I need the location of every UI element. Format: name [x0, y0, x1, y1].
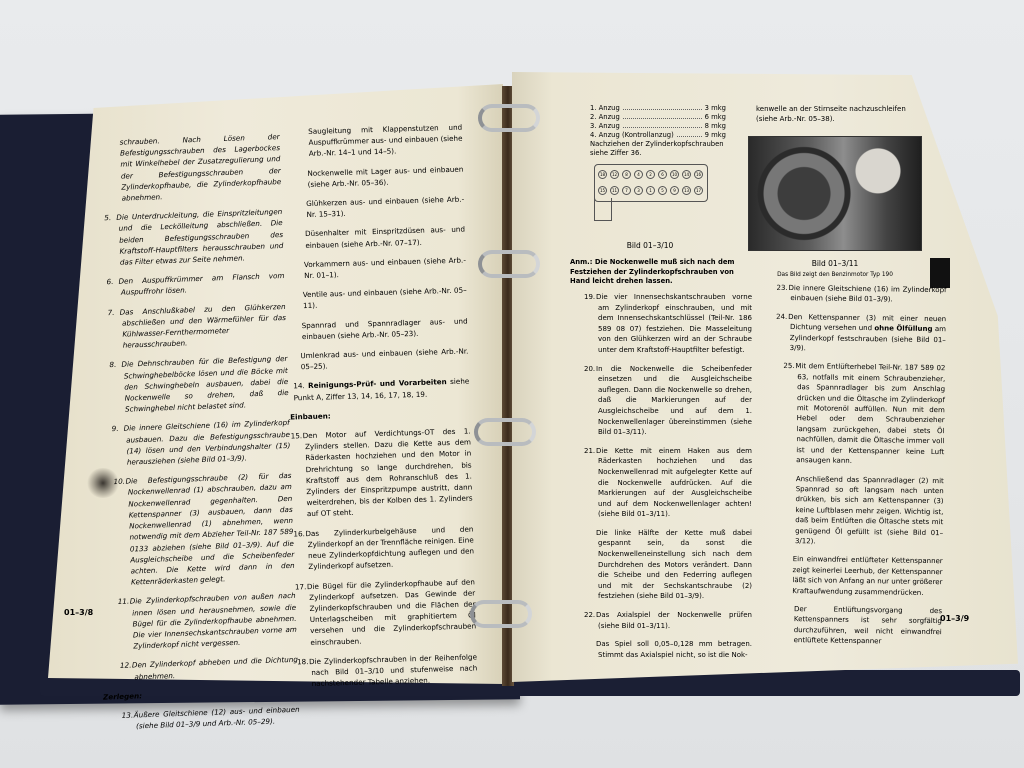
- right-page-column-2-top: kenwelle an der Stirnseite nachzuschleif…: [756, 104, 926, 124]
- list-item: Der Entlüftungsvorgang des Kettenspanner…: [780, 604, 943, 648]
- list-item: 17.Die Bügel für die Zylinderkopfhaube a…: [295, 576, 477, 648]
- item-number: 13.: [122, 709, 134, 721]
- item-text: Äußere Gleitschiene (12) aus- und einbau…: [134, 705, 300, 731]
- item-text: Die Befestigungsschraube (2) für das Noc…: [125, 471, 294, 586]
- binder-ring: [478, 104, 540, 132]
- item-number: 16.: [293, 528, 305, 540]
- torque-value: 9 mkg: [705, 131, 726, 140]
- torque-row: 4. Anzug (Kontrollanzug)9 mkg: [590, 131, 726, 140]
- item-text: In die Nockenwelle die Scheibenfeder ein…: [596, 365, 752, 437]
- bolt-position: 8: [622, 170, 631, 179]
- list-item: 9.Die innere Gleitschiene (16) im Zylind…: [112, 417, 291, 468]
- note: Anm.: Die Nockenwelle muß sich nach dem …: [570, 258, 750, 287]
- right-page-number: 01–3/9: [940, 614, 969, 623]
- left-page-column-1: schrauben. Nach Lösen der Befestigungssc…: [102, 131, 301, 740]
- item-number: 19.: [584, 292, 596, 303]
- right-page-column-1: 19.Die vier Innensechskantschrauben vorn…: [584, 292, 752, 668]
- bolt-position: 5: [658, 186, 667, 195]
- torque-value: 3 mkg: [705, 104, 726, 113]
- list-item: 6.Den Auspuffkrümmer am Flansch vom Ausp…: [106, 270, 285, 299]
- item-text: Den Auspuffkrümmer am Flansch vom Auspuf…: [118, 271, 284, 297]
- bolt-position: 12: [610, 170, 619, 179]
- item-number: 21.: [584, 446, 596, 457]
- torque-value: 6 mkg: [705, 113, 726, 122]
- bolt-position: 17: [694, 186, 703, 195]
- binder-ring: [478, 250, 540, 278]
- item-text: Die Unterdruckleitung, die Einspritzleit…: [116, 207, 283, 267]
- bolt-sequence-diagram-tail: [594, 198, 612, 221]
- torque-row: 3. Anzug8 mkg: [590, 122, 726, 131]
- list-item: Düsenhalter mit Einspritzdüsen aus- und …: [285, 224, 466, 251]
- list-item: 21.Die Kette mit einem Haken aus dem Räd…: [584, 446, 752, 520]
- list-item: 19.Die vier Innensechskantschrauben vorn…: [584, 292, 752, 356]
- item-number: 20.: [584, 364, 596, 375]
- item-text: Anschließend das Spannradlager (2) mit S…: [795, 475, 944, 546]
- item-text: Vorkammern aus- und einbauen (siehe Arb.…: [304, 255, 466, 280]
- list-item: Nockenwelle mit Lager aus- und einbauen …: [283, 163, 464, 190]
- torque-note: Nachziehen der Zylinderkopfschrauben sie…: [590, 140, 726, 158]
- list-item: 22.Das Axialspiel der Nockenwelle prüfen…: [584, 610, 752, 631]
- list-item: schrauben. Nach Lösen der Befestigungssc…: [102, 131, 282, 204]
- list-item: Ventile aus- und einbauen (siehe Arb.-Nr…: [287, 285, 468, 312]
- list-item: Die linke Hälfte der Kette muß dabei ges…: [584, 528, 752, 602]
- item-number: 15.: [291, 430, 303, 442]
- right-page-column-2: 23.Die innere Gleitschiene (16) im Zylin…: [771, 283, 946, 656]
- bolt-position: 4: [634, 170, 643, 179]
- note-label: Anm.:: [570, 258, 592, 266]
- list-item: Das Spiel soll 0,05–0,128 mm betragen. S…: [584, 639, 752, 660]
- item-text: Die Dehnschrauben für die Befestigung de…: [121, 354, 288, 414]
- list-item: 20.In die Nockenwelle die Scheibenfeder …: [584, 364, 752, 438]
- torque-step: 3. Anzug: [590, 122, 620, 131]
- list-item: 14. Reinigungs-Prüf- und Vorarbeiten sie…: [289, 376, 470, 403]
- list-item: 5.Die Unterdruckleitung, die Einspritzle…: [104, 206, 284, 268]
- engine-camshaft-photo: [748, 136, 922, 251]
- bolt-position: 13: [682, 186, 691, 195]
- item-text: Nockenwelle mit Lager aus- und einbauen …: [307, 164, 463, 189]
- item-text: Mit dem Entlüfterhebel Teil-Nr. 187 589 …: [795, 363, 945, 465]
- list-item: 12.Den Zylinderkopf abheben und die Dich…: [120, 654, 299, 683]
- item-text: Glühkerzen aus- und einbauen (siehe Arb.…: [306, 195, 464, 220]
- bolt-position: 7: [622, 186, 631, 195]
- bolt-position: 9: [670, 186, 679, 195]
- item-text: Spannrad und Spannradlager aus- und einb…: [301, 316, 467, 341]
- torque-value: 8 mkg: [705, 122, 726, 131]
- bolt-position: 2: [646, 170, 655, 179]
- item-number: 8.: [109, 359, 121, 371]
- item-text: Das Spiel soll 0,05–0,128 mm betragen. S…: [596, 640, 752, 659]
- item-text: Die Kette mit einem Haken aus dem Räderk…: [596, 447, 752, 519]
- list-item: 15.Den Motor auf Verdichtungs-OT des 1. …: [291, 426, 473, 521]
- bolt-position: 18: [598, 170, 607, 179]
- list-item: 7.Das Anschlußkabel zu den Glühkerzen ab…: [107, 301, 286, 352]
- item-text: Der Entlüftungsvorgang des Kettenspanner…: [794, 605, 943, 645]
- item-number: 17.: [295, 581, 307, 593]
- bolt-position: 16: [694, 170, 703, 179]
- item-text: Die linke Hälfte der Kette muß dabei ges…: [596, 529, 752, 601]
- figure-caption-01-3-10: Bild 01–3/10: [600, 240, 700, 251]
- item-bold-text: ohne Ölfüllung: [874, 324, 932, 333]
- item-text: Die innere Gleitschiene (16) im Zylinder…: [788, 284, 946, 304]
- item-number: 22.: [584, 610, 596, 621]
- list-item: 24.Den Kettenspanner (3) mit einer neuen…: [776, 312, 947, 356]
- bolt-position: 3: [634, 186, 643, 195]
- item-text: Saugleitung mit Klappenstutzen und Auspu…: [308, 123, 463, 159]
- list-item: 8.Die Dehnschrauben für die Befestigung …: [109, 353, 289, 415]
- item-number: 14.: [293, 382, 305, 391]
- bolt-position: 1: [646, 186, 655, 195]
- list-item: 18.Die Zylinderkopfschrauben in der Reih…: [297, 651, 478, 690]
- dirt-stain: [86, 468, 120, 498]
- item-number: 5.: [104, 212, 116, 224]
- list-item: Vorkammern aus- und einbauen (siehe Arb.…: [286, 254, 467, 281]
- bolt-position: 14: [682, 170, 691, 179]
- bolt-position: 6: [658, 170, 667, 179]
- list-item: Glühkerzen aus- und einbauen (siehe Arb.…: [284, 194, 465, 221]
- torque-step: 4. Anzug (Kontrollanzug): [590, 131, 674, 140]
- item-text: Die Bügel für die Zylinderkopfhaube auf …: [307, 577, 476, 647]
- item-text: Ein einwandfrei entlüfteter Kettenspanne…: [792, 555, 943, 596]
- item-number: 18.: [297, 656, 309, 668]
- figure-caption-01-3-11: Bild 01–3/11: [760, 258, 910, 269]
- item-number: 25.: [783, 361, 795, 372]
- item-text: Das Zylinderkurbelgehäuse und den Zylind…: [305, 524, 474, 571]
- list-item: Anschließend das Spannradlager (2) mit S…: [781, 473, 944, 548]
- bolt-position: 10: [670, 170, 679, 179]
- torque-row: 1. Anzug3 mkg: [590, 104, 726, 113]
- item-text: Die Zylinderkopfschrauben von außen nach…: [130, 591, 297, 651]
- item-text: Den Motor auf Verdichtungs-OT des 1. Zyl…: [303, 427, 473, 519]
- item-text: Umlenkrad aus- und einbauen (siehe Arb.-…: [300, 347, 468, 372]
- torque-step: 1. Anzug: [590, 104, 620, 113]
- item-text: Die vier Innensechskantschrauben vorne a…: [596, 293, 752, 354]
- list-item: Saugleitung mit Klappenstutzen und Auspu…: [282, 122, 463, 161]
- item-text: Die Zylinderkopfschrauben in der Reihenf…: [309, 652, 477, 688]
- list-item: 23.Die innere Gleitschiene (16) im Zylin…: [776, 283, 946, 306]
- left-page-column-2: Saugleitung mit Klappenstutzen und Auspu…: [282, 122, 478, 698]
- item-text: Das Anschlußkabel zu den Glühkerzen absc…: [119, 302, 286, 350]
- item-number: 23.: [776, 283, 788, 294]
- item-text: Das Axialspiel der Nockenwelle prüfen (s…: [596, 611, 752, 630]
- list-item: 11.Die Zylinderkopfschrauben von außen n…: [118, 590, 298, 652]
- figure-subcaption: Das Bild zeigt den Benzinmotor Typ 190: [760, 270, 910, 281]
- item-text: Ventile aus- und einbauen (siehe Arb.-Nr…: [303, 286, 467, 311]
- list-item: 13.Äußere Gleitschiene (12) aus- und ein…: [122, 704, 301, 733]
- list-item: 10.Die Befestigungsschraube (2) für das …: [113, 470, 295, 588]
- binder-ring: [470, 600, 532, 628]
- item-text: Düsenhalter mit Einspritzdüsen aus- und …: [305, 225, 465, 250]
- section-heading-einbauen: Einbauen:: [290, 406, 470, 422]
- item-number: 11.: [118, 596, 130, 608]
- bolt-position: 11: [610, 186, 619, 195]
- list-item: 16.Das Zylinderkurbelgehäuse und den Zyl…: [293, 523, 474, 573]
- torque-table: 1. Anzug3 mkg 2. Anzug6 mkg 3. Anzug8 mk…: [590, 104, 726, 158]
- list-item: 25.Mit dem Entlüfterhebel Teil-Nr. 187 5…: [782, 361, 945, 467]
- left-page-number: 01–3/8: [64, 608, 93, 617]
- section-heading-zerlegen: Zerlegen:: [103, 684, 299, 702]
- list-item: Ein einwandfrei entlüfteter Kettenspanne…: [778, 554, 943, 598]
- item-number: 6.: [106, 276, 118, 288]
- torque-row: 2. Anzug6 mkg: [590, 113, 726, 122]
- item-text: schrauben. Nach Lösen der Befestigungssc…: [120, 132, 282, 203]
- binder-ring: [474, 418, 536, 446]
- list-item: Spannrad und Spannradlager aus- und einb…: [287, 315, 468, 342]
- item-text: Den Zylinderkopf abheben und die Dichtun…: [132, 655, 298, 681]
- item-number: 9.: [112, 423, 124, 435]
- item-number: 12.: [120, 660, 132, 672]
- bolt-position: 15: [598, 186, 607, 195]
- torque-step: 2. Anzug: [590, 113, 620, 122]
- note-text: Die Nockenwelle muß sich nach dem Festzi…: [570, 258, 735, 285]
- item-number: 7.: [107, 306, 119, 318]
- list-item: Umlenkrad aus- und einbauen (siehe Arb.-…: [288, 346, 469, 373]
- section-tab-marker: [930, 258, 950, 288]
- item-text: Die innere Gleitschiene (16) im Zylinder…: [124, 418, 291, 466]
- item-number: 24.: [776, 312, 788, 323]
